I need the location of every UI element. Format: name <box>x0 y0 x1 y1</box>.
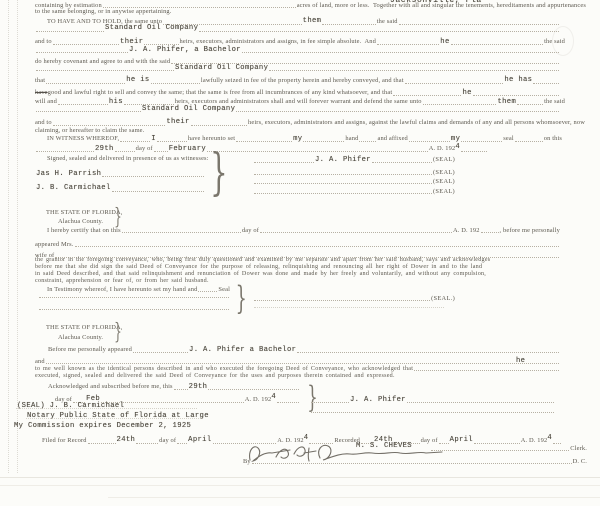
typed-value: their <box>120 38 143 46</box>
dotted-leader <box>461 141 502 142</box>
typed-value: J. A. Phifer a Bachelor <box>189 346 296 354</box>
dotted-leader <box>199 31 559 32</box>
typed-signature: J. A. Phifer <box>315 156 371 164</box>
form-text: appeared Mrs. <box>35 241 74 248</box>
dotted-leader <box>407 402 554 403</box>
dotted-leader <box>198 291 217 292</box>
form-text: THE STATE OF FLORIDA, <box>46 209 122 216</box>
typed-value: he <box>440 38 449 46</box>
dotted-leader <box>553 443 561 444</box>
dotted-leader <box>112 191 204 192</box>
notary-underline <box>25 418 202 420</box>
dotted-leader <box>236 111 559 112</box>
form-text: heirs, executors, administrators and ass… <box>248 119 585 126</box>
line-heirs-assigns: and to their heirs, executors, administr… <box>35 38 565 46</box>
dotted-leader <box>260 232 452 233</box>
dotted-leader <box>481 232 499 233</box>
dotted-leader <box>461 151 487 152</box>
typed-value: February <box>169 145 206 153</box>
form-text: the said <box>544 38 565 45</box>
dotted-leader <box>254 183 432 184</box>
dotted-leader <box>191 125 247 126</box>
dotted-leader <box>16 408 197 409</box>
dotted-leader <box>208 389 299 390</box>
form-text: and <box>35 358 45 365</box>
dower-testimony-line: In Testimony whereof, I have hereunto se… <box>47 286 230 293</box>
form-text: A. D. 192 <box>521 437 548 444</box>
form-text: and to <box>35 119 52 126</box>
dotted-leader <box>451 44 544 45</box>
line-grantee-name: Standard Oil Company <box>35 25 560 33</box>
dotted-leader <box>254 162 314 163</box>
dower-seal-line: (SEAL.) <box>253 295 455 302</box>
line-lawful-right: have good and lawful right to sell and c… <box>35 89 560 97</box>
dotted-leader <box>207 151 428 152</box>
ack-appeared-line: Before me personally appeared J. A. Phif… <box>48 346 560 354</box>
dotted-leader <box>372 162 432 163</box>
dotted-leader <box>174 389 188 390</box>
form-text: and affixed <box>377 135 407 142</box>
dotted-leader <box>36 31 104 32</box>
ack-and-line: and <box>35 358 560 365</box>
form-text: Before me personally appeared <box>48 346 132 353</box>
typed-value: their <box>166 118 189 126</box>
seal-label: (SEAL) <box>433 156 455 163</box>
form-text: Seal <box>218 286 230 293</box>
ack-signature-line: J. A. Phifer <box>310 396 555 404</box>
dotted-leader <box>254 193 432 194</box>
dotted-leader <box>39 297 229 298</box>
form-text: that <box>35 77 45 84</box>
dotted-leader <box>133 352 188 353</box>
dotted-leader <box>120 141 150 142</box>
typed-value: he <box>516 357 525 365</box>
form-text: day of <box>159 437 176 444</box>
dotted-leader <box>177 443 187 444</box>
ack-blank-line <box>310 412 555 414</box>
dotted-leader <box>277 402 299 403</box>
clerk-label: Clerk. <box>570 445 587 452</box>
dotted-leader <box>26 418 201 419</box>
typed-value: Standard Oil Company <box>142 105 235 113</box>
dc-label: D. C. <box>573 458 587 465</box>
form-text: day of <box>136 145 153 152</box>
seal-line: (SEAL) <box>253 188 455 195</box>
seal-line: (SEAL) <box>253 169 455 176</box>
form-text: I hereby certify that on this <box>47 227 121 234</box>
ack-he-value: he <box>516 357 525 365</box>
typed-value: 24th <box>117 436 136 444</box>
ack-county: Alachua County. <box>58 334 103 341</box>
form-text: A. D. 192 <box>453 227 480 234</box>
form-text: the said <box>544 98 565 105</box>
form-text: lawfully seized in fee of the property h… <box>201 77 404 84</box>
typed-commission: My Commission expires December 2, 1925 <box>14 422 191 430</box>
dotted-leader <box>377 44 439 45</box>
ack-subscribed-line: Acknowledged and subscribed before me, t… <box>48 383 300 391</box>
witness-2: J. B. Carmichael <box>36 185 205 193</box>
form-text: hand <box>345 135 358 142</box>
typed-value: I <box>151 135 156 143</box>
form-text: Signed, sealed and delivered in presence… <box>47 155 209 162</box>
struck-word: have <box>35 89 48 96</box>
ack-executed-line: executed, signed, sealed and delivered t… <box>35 373 395 379</box>
dotted-leader <box>473 95 559 96</box>
page-edge-rule <box>108 497 600 498</box>
typed-year: 4 <box>455 143 460 151</box>
dower-blank-line <box>38 297 230 299</box>
notary-underline <box>15 408 198 410</box>
dotted-leader <box>46 363 559 364</box>
typed-value: 29th <box>95 145 114 153</box>
dotted-leader <box>393 95 461 96</box>
seal-label: (SEAL) <box>433 188 455 195</box>
dotted-leader <box>53 125 166 126</box>
dotted-leader <box>254 307 444 308</box>
dower-body-2: before me that she did sign the said Dee… <box>35 264 482 270</box>
dotted-leader <box>236 141 292 142</box>
form-text: and to <box>35 38 52 45</box>
form-text: A. D. 192 <box>429 145 456 152</box>
deputy-clerk-signature <box>246 440 458 466</box>
typed-witness: J. B. Carmichael <box>36 184 111 192</box>
form-text: Alachua County. <box>58 218 103 225</box>
ack-state: THE STATE OF FLORIDA, <box>46 324 122 331</box>
typed-value: he has <box>504 76 532 84</box>
line-execution-date: 29th day of February A. D. 192 4 <box>35 145 488 153</box>
line-claiming: claiming, or hereafter to claim the same… <box>35 127 144 134</box>
form-text: acres of land, more or less. Together wi… <box>297 2 586 9</box>
dower-certify-line: I hereby certify that on this day of A. … <box>47 227 560 234</box>
line-grantor-name: J. A. Phifer, a Bachelor <box>35 46 560 54</box>
dotted-leader <box>359 141 376 142</box>
typed-value: Standard Oil Company <box>105 24 198 32</box>
form-text: In Testimony whereof, I have hereunto se… <box>47 286 197 293</box>
seal-label: (SEAL) <box>433 169 455 176</box>
form-text: Acknowledged and subscribed before me, t… <box>48 383 173 390</box>
brace-glyph: } <box>114 208 122 228</box>
dotted-leader <box>297 352 559 353</box>
form-text: heirs, executors, administrators and ass… <box>180 38 376 45</box>
form-text: claiming, or hereafter to claim the same… <box>35 127 144 134</box>
dotted-leader <box>102 176 204 177</box>
dotted-leader <box>303 141 344 142</box>
dotted-leader <box>136 443 158 444</box>
dotted-leader <box>36 52 128 53</box>
form-text: executed, signed, sealed and delivered t… <box>35 373 395 379</box>
line-company-2: Standard Oil Company <box>35 64 560 72</box>
form-text: Filed for Record <box>42 437 87 444</box>
dotted-leader <box>39 309 229 310</box>
form-text: to the same belonging, or in anywise app… <box>35 8 172 15</box>
dotted-leader <box>75 246 559 247</box>
brace-glyph: } <box>114 323 122 343</box>
typed-value: he is <box>126 76 149 84</box>
line-company-3: Standard Oil Company <box>35 105 560 113</box>
line-claims: and to their heirs, executors, administr… <box>35 119 585 127</box>
page-edge-rule <box>0 477 600 478</box>
typed-witness: Jas H. Parrish <box>36 170 101 178</box>
typed-value: J. A. Phifer, a Bachelor <box>129 46 241 54</box>
dotted-leader <box>154 151 168 152</box>
dotted-leader <box>311 412 554 413</box>
typed-value: my <box>451 135 460 143</box>
dotted-leader <box>533 83 559 84</box>
commission-line: My Commission expires December 2, 1925 <box>14 423 191 431</box>
binding-rule <box>8 0 9 473</box>
form-text: on this <box>544 135 562 142</box>
form-text: day of <box>242 227 259 234</box>
form-text: will and <box>35 98 57 105</box>
typed-value: 29th <box>189 383 208 391</box>
dower-county: Alachua County. <box>58 218 103 225</box>
form-text: before me that she did sign the said Dee… <box>35 264 482 270</box>
dotted-leader <box>36 151 94 152</box>
form-text: the grantor in the foregoing conveyance,… <box>35 257 490 263</box>
typed-year: 4 <box>271 393 276 401</box>
dotted-leader <box>311 402 349 403</box>
dotted-leader <box>157 141 187 142</box>
dotted-leader <box>151 83 200 84</box>
typed-value: my <box>293 135 302 143</box>
dotted-leader <box>242 52 559 53</box>
typed-signature: J. A. Phifer <box>350 396 406 404</box>
form-text: the said <box>377 18 398 25</box>
dotted-leader <box>46 83 125 84</box>
dotted-leader <box>36 70 174 71</box>
dower-state: THE STATE OF FLORIDA, <box>46 209 122 216</box>
dotted-leader <box>414 370 559 371</box>
typed-year: 4 <box>547 434 552 442</box>
dower-blank-line <box>253 307 445 309</box>
dotted-leader <box>122 232 241 233</box>
dotted-leader <box>53 44 119 45</box>
seal-label: (SEAL.) <box>431 295 455 302</box>
deed-record-page: Jacksonville, Fla containing by estimati… <box>0 0 600 506</box>
form-text: good and lawful right to sell and convey… <box>48 89 393 96</box>
page-edge-rule <box>0 485 600 486</box>
form-text: A. D. 192 <box>245 396 272 403</box>
brace-glyph: } <box>236 284 247 313</box>
witnesses-label: Signed, sealed and delivered in presence… <box>47 155 209 162</box>
dower-appeared-line: appeared Mrs. <box>35 241 560 248</box>
dotted-leader <box>269 70 559 71</box>
dotted-leader <box>88 443 116 444</box>
seal-line: (SEAL) <box>253 178 455 185</box>
dotted-leader <box>409 141 450 142</box>
line-in-witness: IN WITNESS WHEREOF, I have hereunto set … <box>47 135 562 143</box>
form-text: to me well known as the identical person… <box>35 366 413 372</box>
typed-value: April <box>188 436 211 444</box>
form-text: have hereunto set <box>188 135 235 142</box>
dotted-leader <box>254 300 430 301</box>
form-text: seal <box>503 135 514 142</box>
form-text: Alachua County. <box>58 334 103 341</box>
dotted-leader <box>474 443 520 444</box>
form-text: , before me personally <box>500 227 560 234</box>
dower-body-3: in said Deed described, and that said re… <box>35 271 486 277</box>
witness-1: Jas H. Parrish <box>36 170 205 178</box>
form-text: THE STATE OF FLORIDA, <box>46 324 122 331</box>
dower-body-4: constraint, apprehension or fear of, or … <box>35 278 209 284</box>
dotted-leader <box>405 83 504 84</box>
form-text: IN WITNESS WHEREOF, <box>47 135 119 142</box>
form-text: constraint, apprehension or fear of, or … <box>35 278 209 284</box>
typed-value: Standard Oil Company <box>175 64 268 72</box>
dower-body-1: the grantor in the foregoing conveyance,… <box>35 257 490 263</box>
grantor-signature-line: J. A. Phifer (SEAL) <box>253 156 455 164</box>
ack-known-line: to me well known as the identical person… <box>35 366 560 372</box>
line-seized: that he is lawfully seized in fee of the… <box>35 77 560 85</box>
dower-blank-line <box>38 309 230 311</box>
dotted-leader <box>254 174 432 175</box>
brace-glyph: } <box>210 150 227 195</box>
dotted-leader <box>515 141 543 142</box>
seal-label: (SEAL) <box>433 178 455 185</box>
line-belonging: to the same belonging, or in anywise app… <box>35 8 172 15</box>
dotted-leader <box>36 111 141 112</box>
form-text: in said Deed described, and that said re… <box>35 271 486 277</box>
dotted-leader <box>115 151 135 152</box>
typed-value: he <box>462 89 471 97</box>
